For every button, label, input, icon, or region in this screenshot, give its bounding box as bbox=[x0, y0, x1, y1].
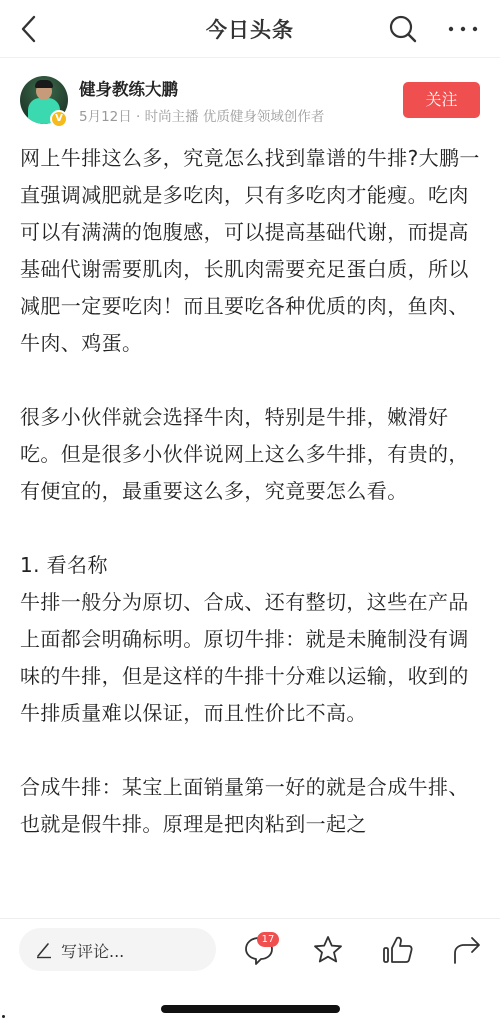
article-paragraph: 很多小伙伴就会选择牛肉，特别是牛排，嫩滑好吃。但是很多小伙伴说网上这么多牛排，有… bbox=[20, 399, 482, 510]
comment-placeholder: 写评论... bbox=[61, 939, 124, 962]
share-button[interactable] bbox=[450, 933, 484, 967]
share-icon bbox=[450, 933, 484, 967]
article-paragraph: 牛排一般分为原切、合成、还有整切，这些在产品上面都会明确标明。原切牛排：就是未腌… bbox=[20, 584, 482, 732]
avatar-figure-hair bbox=[35, 80, 53, 88]
home-indicator[interactable] bbox=[161, 1005, 340, 1013]
favorite-button[interactable] bbox=[311, 933, 345, 967]
author-row: V 健身教练大鹏 5月12日 · 时尚主播 优质健身领域创作者 关注 bbox=[0, 70, 500, 130]
comment-count-badge: 17 bbox=[257, 932, 279, 947]
more-button[interactable] bbox=[446, 18, 480, 40]
search-button[interactable] bbox=[386, 12, 420, 46]
article-body: 网上牛排这么多，究竟怎么找到靠谱的牛排?大鹏一直强调减肥就是多吃肉，只有多吃肉才… bbox=[20, 140, 482, 918]
screen-dot bbox=[2, 1015, 5, 1018]
search-icon bbox=[386, 12, 420, 46]
article-paragraph: 网上牛排这么多，究竟怎么找到靠谱的牛排?大鹏一直强调减肥就是多吃肉，只有多吃肉才… bbox=[20, 140, 482, 362]
like-button[interactable] bbox=[381, 933, 415, 967]
more-icon bbox=[446, 18, 480, 40]
article-section-heading: 1. 看名称 bbox=[20, 547, 482, 584]
article-paragraph: 合成牛排：某宝上面销量第一好的就是合成牛排、也就是假牛排。原理是把肉粘到一起之 bbox=[20, 769, 482, 843]
top-nav-bar: 今日头条 bbox=[0, 0, 500, 58]
app-title: 今日头条 bbox=[0, 14, 500, 44]
author-meta: 5月12日 · 时尚主播 优质健身领域创作者 bbox=[79, 105, 324, 125]
star-icon bbox=[311, 933, 345, 967]
follow-button[interactable]: 关注 bbox=[403, 82, 480, 118]
pen-icon bbox=[35, 941, 53, 959]
thumbs-up-icon bbox=[381, 933, 415, 967]
author-name[interactable]: 健身教练大鹏 bbox=[79, 76, 178, 100]
comment-input[interactable]: 写评论... bbox=[19, 928, 216, 971]
verified-badge-icon: V bbox=[50, 110, 68, 128]
